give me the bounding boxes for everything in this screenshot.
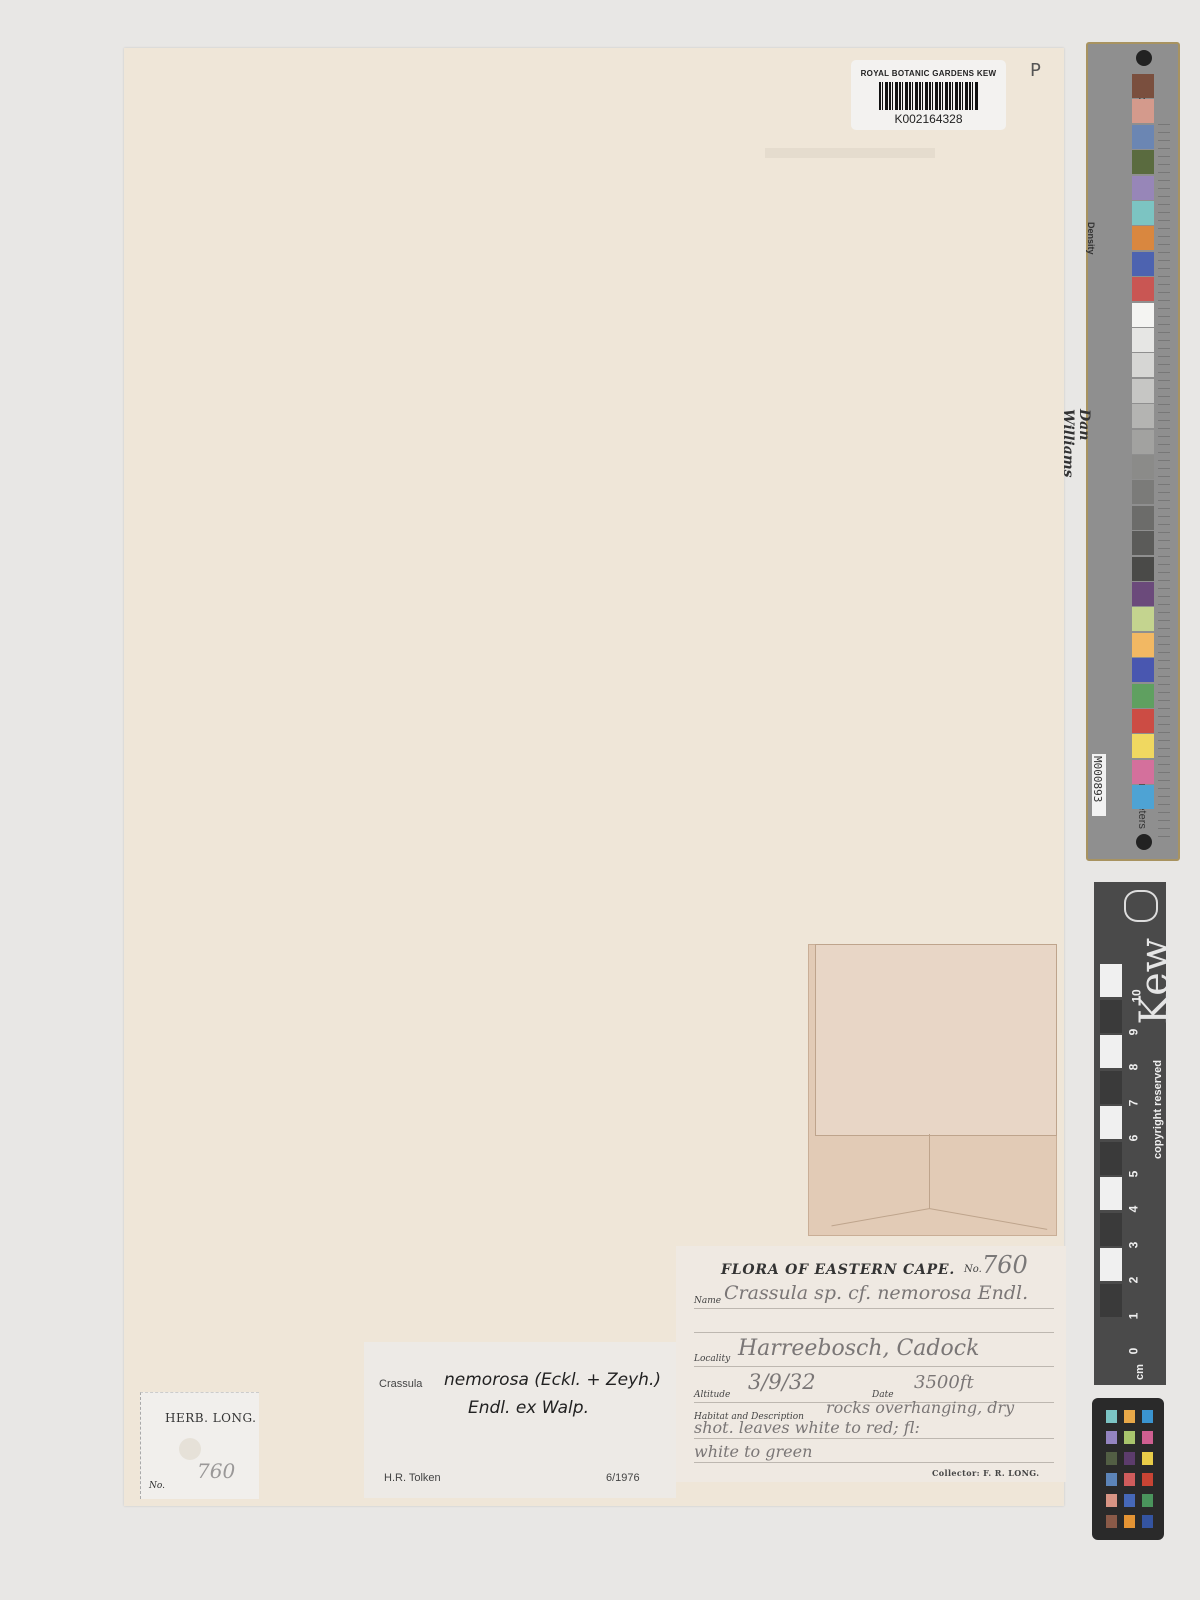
envelope-flap[interactable]	[815, 944, 1057, 1136]
color-swatch	[1132, 252, 1154, 276]
color-swatch	[1132, 99, 1154, 123]
cm-number: 7	[1126, 1099, 1140, 1106]
collection-label: FLORA OF EASTERN CAPE. No. 760 Name Cras…	[676, 1246, 1066, 1482]
checker-patch	[1142, 1515, 1153, 1528]
checker-patch	[1142, 1431, 1153, 1444]
label-title: FLORA OF EASTERN CAPE.	[721, 1262, 955, 1278]
cm-bar	[1100, 1142, 1122, 1175]
cm-number: 6	[1126, 1135, 1140, 1142]
checker-patch	[1124, 1515, 1135, 1528]
color-swatch	[1132, 607, 1154, 631]
color-swatch	[1132, 328, 1154, 352]
altitude-label: Altitude	[694, 1390, 730, 1400]
color-swatch	[1132, 658, 1154, 682]
color-swatch	[1132, 430, 1154, 454]
color-checker-card	[1092, 1398, 1164, 1540]
checker-patch	[1106, 1452, 1117, 1465]
rule	[694, 1366, 1054, 1367]
registration-dot-icon	[1136, 50, 1152, 66]
color-swatch	[1132, 633, 1154, 657]
institution-name: ROYAL BOTANIC GARDENS KEW	[851, 69, 1006, 78]
checker-patch	[1142, 1473, 1153, 1486]
color-swatch	[1132, 303, 1154, 327]
habitat-line-3: white to green	[694, 1442, 812, 1461]
species-line-2: Endl. ex Walp.	[468, 1398, 589, 1418]
color-swatch	[1132, 404, 1154, 428]
barcode-label: ROYAL BOTANIC GARDENS KEW K002164328	[851, 60, 1006, 130]
collector: Collector: F. R. LONG.	[932, 1468, 1039, 1478]
punch-hole	[179, 1438, 201, 1460]
herbarium-label: HERB. LONG. No. 760	[140, 1392, 259, 1499]
habitat-line-2: shot. leaves white to red; fl:	[694, 1418, 920, 1437]
corner-mark: P	[1030, 60, 1041, 81]
color-swatch	[1132, 379, 1154, 403]
checker-patch	[1124, 1473, 1135, 1486]
cm-number: 4	[1126, 1206, 1140, 1213]
color-swatch	[1132, 125, 1154, 149]
scale-brand: Dan Williams	[1060, 409, 1092, 495]
checker-patch	[1142, 1452, 1153, 1465]
cm-number: 1	[1126, 1312, 1140, 1319]
name-value: Crassula sp. cf. nemorosa Endl.	[724, 1282, 1028, 1304]
registration-dot-icon	[1136, 834, 1152, 850]
copyright-text: copyright reserved	[1152, 1060, 1164, 1159]
cm-bar	[1100, 1213, 1122, 1246]
color-swatch	[1132, 506, 1154, 530]
herbarium-number-value: 760	[197, 1459, 235, 1483]
cm-number: 5	[1126, 1170, 1140, 1177]
color-swatch	[1132, 480, 1154, 504]
color-swatch	[1132, 74, 1154, 98]
color-swatch	[1132, 785, 1154, 809]
determination-date: 6/1976	[606, 1472, 640, 1484]
rule	[694, 1438, 1054, 1439]
kew-logo: Kew	[1132, 938, 1178, 1025]
color-swatch	[1132, 557, 1154, 581]
color-swatch	[1132, 709, 1154, 733]
density-label: Density	[1086, 222, 1096, 255]
inch-ruler	[1158, 124, 1170, 844]
cm-bar	[1100, 1106, 1122, 1139]
checker-patch	[1142, 1410, 1153, 1423]
color-swatch	[1132, 150, 1154, 174]
habitat-line-1: rocks overhanging, dry	[826, 1398, 1014, 1417]
cm-number: 2	[1126, 1277, 1140, 1284]
determination-label: Crassula nemorosa (Eckl. + Zeyh.) Endl. …	[364, 1342, 676, 1498]
color-swatch	[1132, 226, 1154, 250]
envelope-seam	[929, 1134, 930, 1208]
cm-unit-label: cm	[1134, 1364, 1146, 1380]
checker-patch	[1106, 1473, 1117, 1486]
catalog-code-box: M000893	[1092, 754, 1106, 816]
catalog-code: M000893	[1091, 756, 1104, 802]
herbarium-title: HERB. LONG.	[165, 1411, 257, 1425]
color-swatch	[1132, 734, 1154, 758]
barcode-number: K002164328	[851, 112, 1006, 126]
number-value: 760	[982, 1251, 1028, 1279]
color-swatch	[1132, 684, 1154, 708]
checker-patch	[1106, 1515, 1117, 1528]
rule	[694, 1308, 1054, 1309]
cm-bar	[1100, 1177, 1122, 1210]
checker-patch	[1124, 1452, 1135, 1465]
kew-crest-icon	[1124, 890, 1158, 922]
number-label: No.	[964, 1264, 982, 1275]
checker-patch	[1142, 1494, 1153, 1507]
color-swatch	[1132, 353, 1154, 377]
faint-stamp	[765, 148, 935, 158]
cm-bar	[1100, 1035, 1122, 1068]
cm-number: 3	[1126, 1241, 1140, 1248]
cm-number: 10	[1130, 989, 1144, 1002]
cm-number: 0	[1126, 1348, 1140, 1355]
herbarium-number-label: No.	[149, 1481, 165, 1491]
checker-patch	[1124, 1494, 1135, 1507]
determiner: H.R. Tolken	[384, 1472, 441, 1484]
cm-bar	[1100, 1284, 1122, 1317]
checker-patch	[1124, 1431, 1135, 1444]
rule	[694, 1332, 1054, 1333]
color-swatch	[1132, 455, 1154, 479]
color-density-scale: inches centimeters Density Dan Williams …	[1086, 42, 1180, 861]
checker-patch	[1106, 1494, 1117, 1507]
color-swatch	[1132, 201, 1154, 225]
cm-number: 8	[1126, 1064, 1140, 1071]
color-swatch	[1132, 760, 1154, 784]
locality-label: Locality	[694, 1354, 730, 1364]
checker-patch	[1124, 1410, 1135, 1423]
locality-value: Harreebosch, Cadock	[738, 1336, 979, 1361]
color-swatch	[1132, 582, 1154, 606]
cm-bar	[1100, 1248, 1122, 1281]
color-swatch	[1132, 531, 1154, 555]
kew-scale-bar: Kew copyright reserved 012345678910 cm	[1094, 882, 1166, 1385]
altitude-value: 3/9/32	[748, 1370, 816, 1394]
rule	[694, 1462, 1054, 1463]
genus: Crassula	[379, 1378, 422, 1390]
date-value: 3500ft	[914, 1372, 974, 1393]
cm-bar	[1100, 1000, 1122, 1033]
cm-number: 9	[1126, 1028, 1140, 1035]
cm-bar	[1100, 1071, 1122, 1104]
checker-patch	[1106, 1431, 1117, 1444]
checker-patch	[1106, 1410, 1117, 1423]
color-swatch	[1132, 176, 1154, 200]
barcode-icon	[879, 82, 979, 110]
color-swatch	[1132, 277, 1154, 301]
cm-bar	[1100, 964, 1122, 997]
species-line-1: nemorosa (Eckl. + Zeyh.)	[444, 1370, 661, 1390]
name-label: Name	[694, 1296, 721, 1306]
